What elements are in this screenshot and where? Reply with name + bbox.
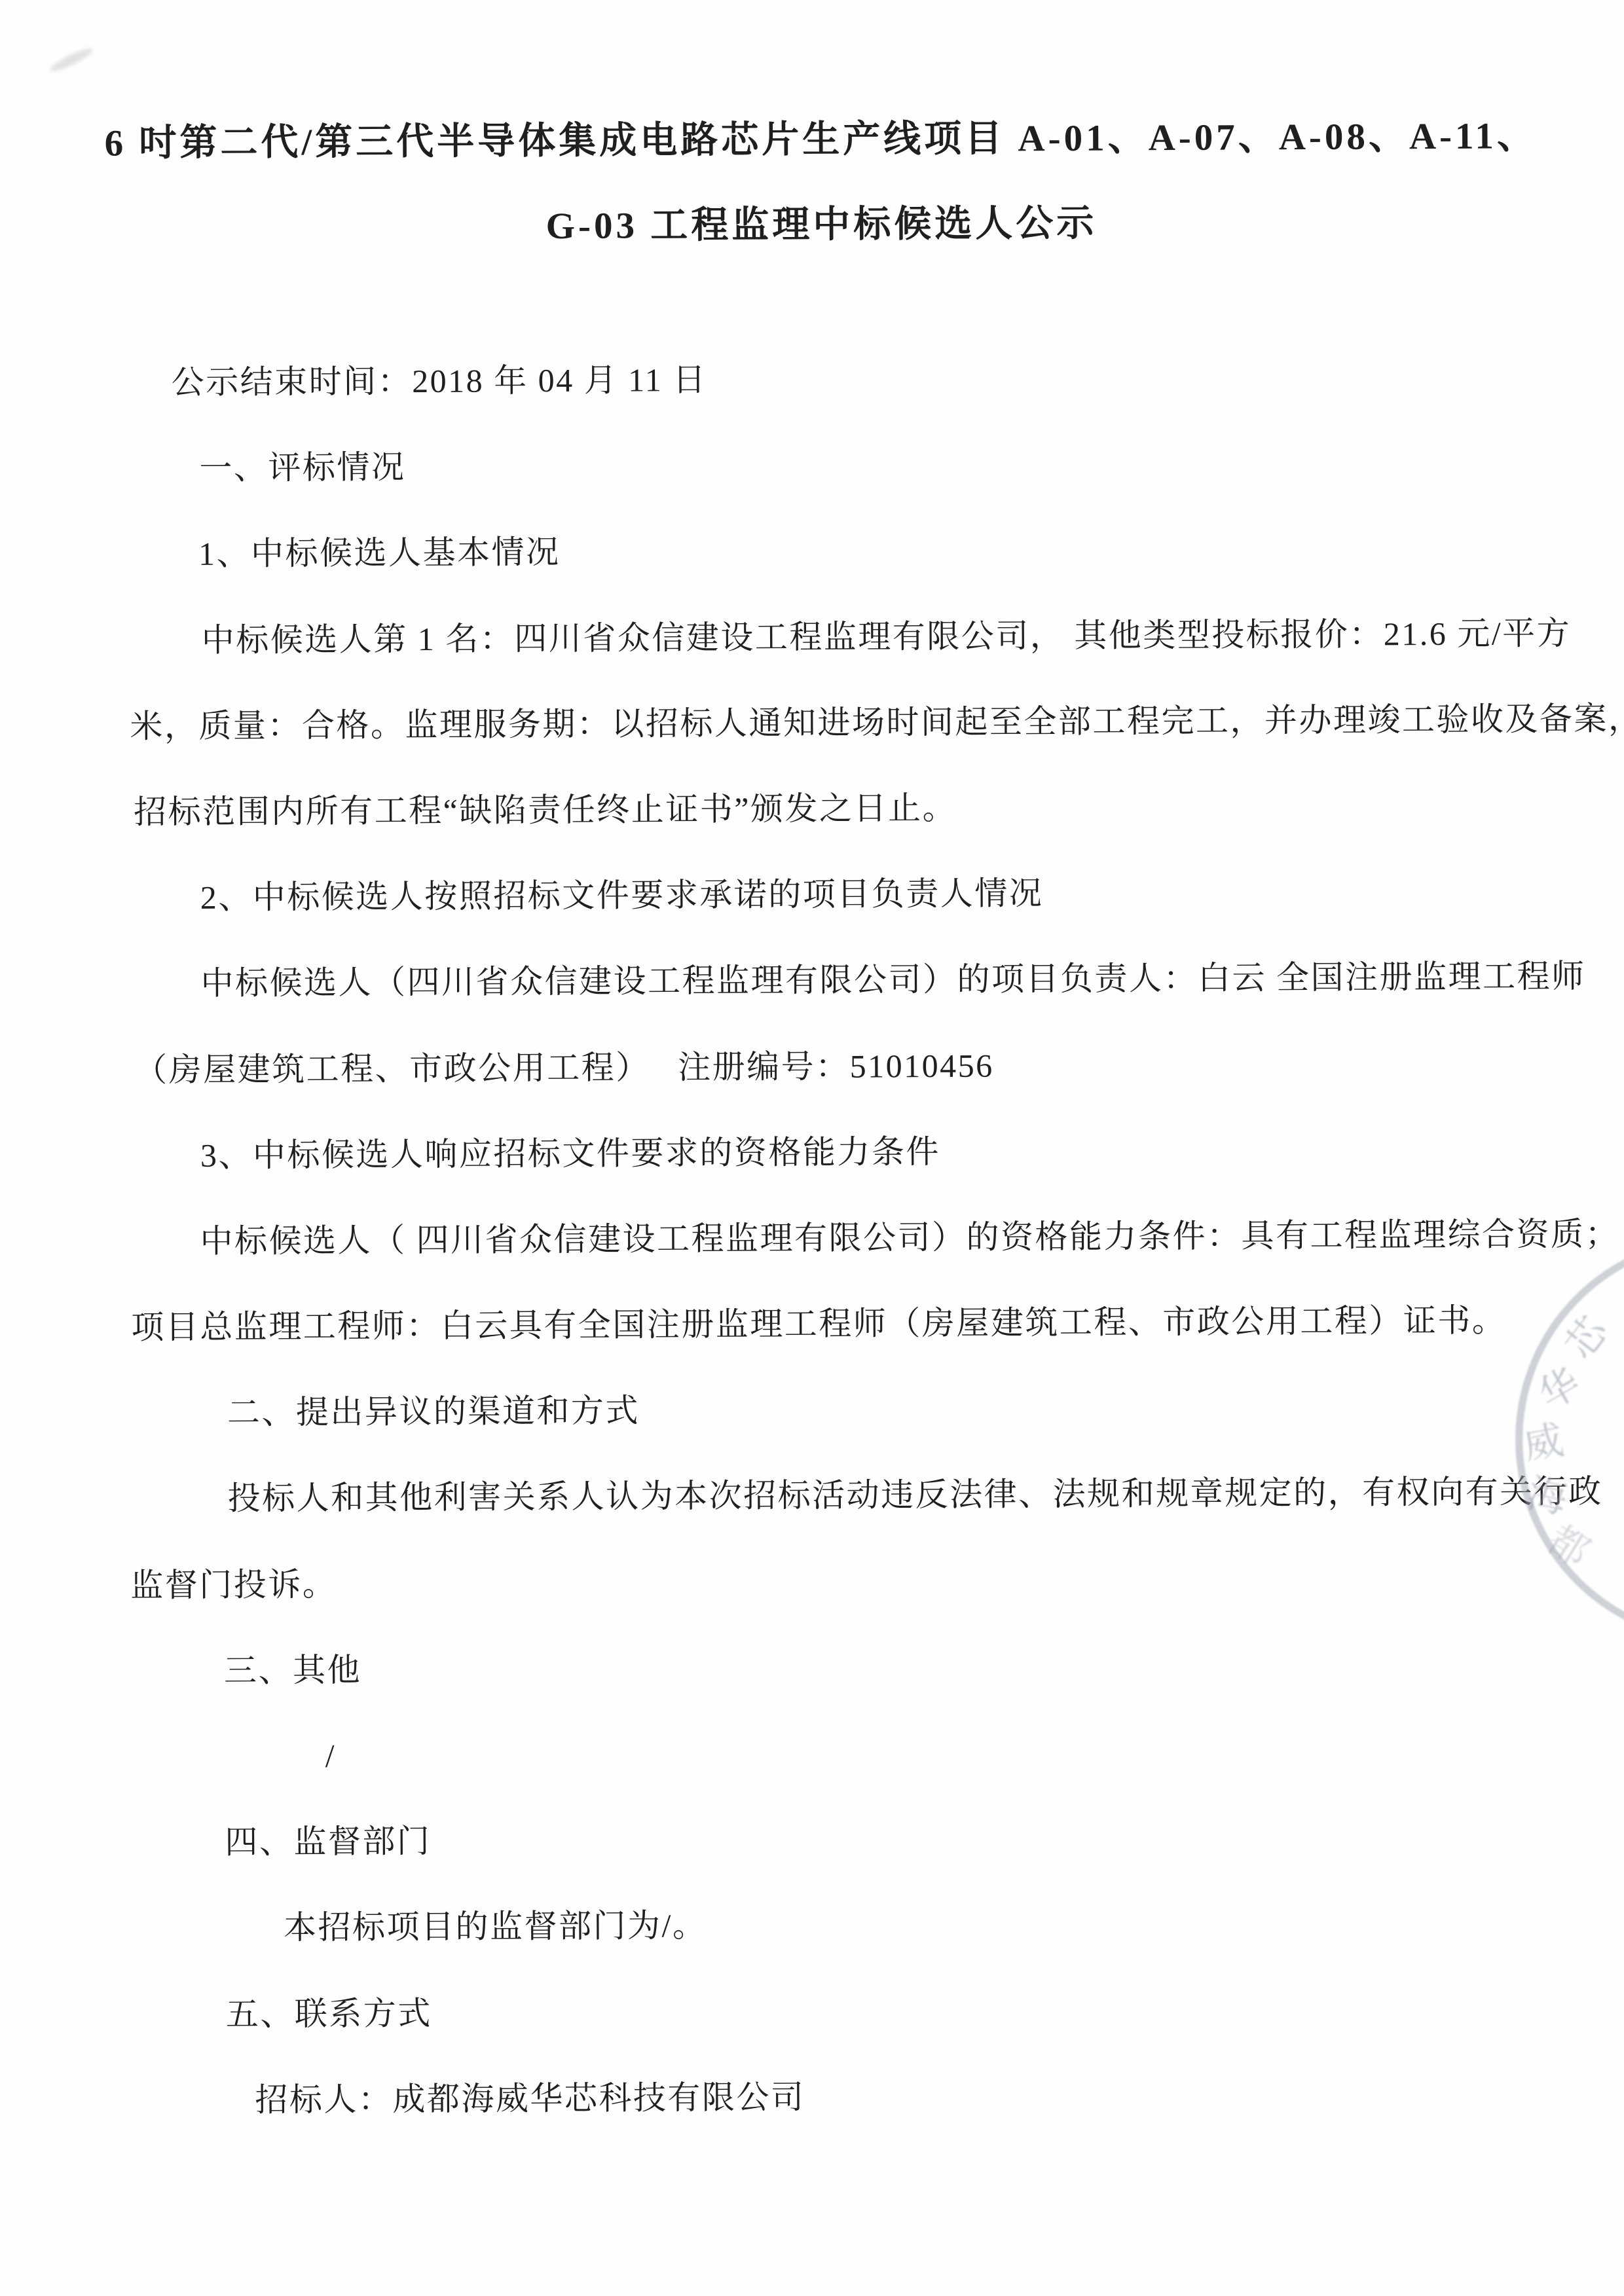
heading-section-3: 三、其他: [4, 1620, 1624, 1715]
document-title-line-2: G-03 工程监理中标候选人公示: [42, 179, 1601, 272]
para-candidate-line-2: 米，质量：合格。监理服务期：以招标人通知进场时间起至全部工程完工，并办理竣工验收…: [0, 676, 1623, 770]
line-tenderer: 招标人：成都海威华芯科技有限公司: [6, 2050, 1624, 2144]
para-supervision-dept: 本招标项目的监督部门为/。: [5, 1878, 1624, 1973]
document-body: 公示结束时间：2018 年 04 月 11 日 一、评标情况 1、中标候选人基本…: [0, 333, 1624, 2145]
para-project-leader-line-1: 中标候选人（四川省众信建设工程监理有限公司）的项目负责人：白云 全国注册监理工程…: [0, 934, 1624, 1028]
heading-section-1: 一、评标情况: [0, 418, 1622, 513]
scan-smudge-mark: [48, 45, 95, 75]
document-content: 6 吋第二代/第三代半导体集成电路芯片生产线项目 A-01、A-07、A-08、…: [0, 0, 1624, 2296]
line-slash-placeholder: /: [4, 1706, 1624, 1800]
heading-section-5: 五、联系方式: [5, 1964, 1624, 2058]
document-title-line-1: 6 吋第二代/第三代半导体集成电路芯片生产线项目 A-01、A-07、A-08、…: [41, 94, 1600, 187]
line-publicity-end-time: 公示结束时间：2018 年 04 月 11 日: [0, 333, 1621, 427]
para-project-leader-line-2: （房屋建筑工程、市政公用工程） 注册编号：51010456: [1, 1019, 1624, 1114]
heading-section-4: 四、监督部门: [5, 1793, 1624, 1887]
company-seal-character: 威: [1521, 1420, 1566, 1466]
scanned-document-page: 6 吋第二代/第三代半导体集成电路芯片生产线项目 A-01、A-07、A-08、…: [0, 0, 1624, 2296]
para-objection-line-2: 监督门投诉。: [3, 1535, 1624, 1629]
heading-item-1: 1、中标候选人基本情况: [0, 504, 1622, 598]
heading-item-2: 2、中标候选人按照招标文件要求承诺的项目负责人情况: [0, 848, 1624, 942]
heading-item-3: 3、中标候选人响应招标文件要求的资格能力条件: [1, 1105, 1624, 1199]
para-qualification-line-1: 中标候选人（ 四川省众信建设工程监理有限公司）的资格能力条件：具有工程监理综合资…: [1, 1191, 1624, 1285]
para-candidate-line-1: 中标候选人第 1 名：四川省众信建设工程监理有限公司， 其他类型投标报价：21.…: [0, 590, 1623, 684]
company-seal-character: 海: [1524, 1474, 1570, 1520]
document-title: 6 吋第二代/第三代半导体集成电路芯片生产线项目 A-01、A-07、A-08、…: [41, 94, 1600, 272]
para-candidate-line-3: 招标范围内所有工程“缺陷责任终止证书”颁发之日止。: [0, 761, 1623, 856]
heading-section-2: 二、提出异议的渠道和方式: [3, 1363, 1624, 1457]
para-objection-line-1: 投标人和其他利害关系人认为本次招标活动违反法律、法规和规章规定的，有权向有关行政: [3, 1449, 1624, 1543]
para-qualification-line-2: 项目总监理工程师：白云具有全国注册监理工程师（房屋建筑工程、市政公用工程）证书。: [2, 1277, 1624, 1372]
